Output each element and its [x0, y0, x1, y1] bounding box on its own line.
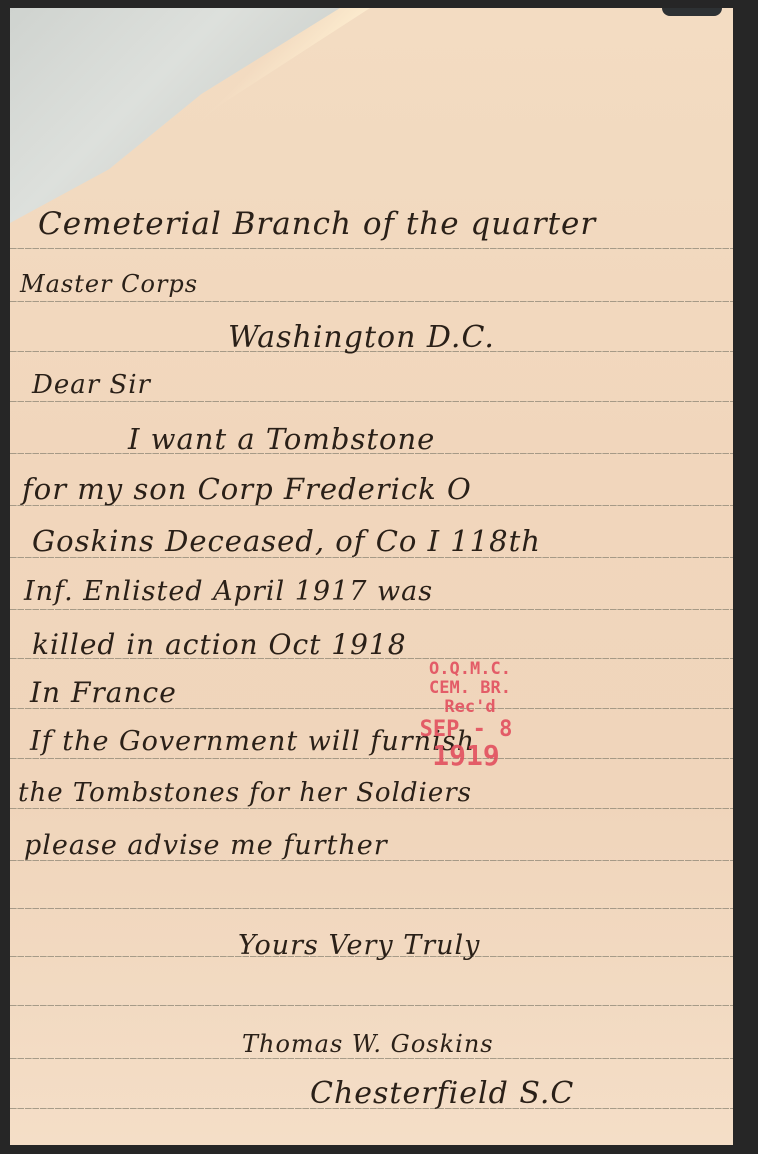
ruled-line: [10, 758, 733, 759]
body-line: Inf. Enlisted April 1917 was: [24, 576, 433, 607]
address-line-3: Washington D.C.: [228, 320, 495, 355]
body-line: In France: [30, 676, 177, 709]
letter-page: Cemeterial Branch of the quarter Master …: [10, 8, 733, 1145]
ruled-line: [10, 248, 733, 249]
binder-clip: [662, 8, 722, 16]
received-stamp: O.Q.M.C. CEM. BR. Rec'd SEP - 8 1919: [400, 660, 540, 772]
ruled-line: [10, 1005, 733, 1006]
body-line: killed in action Oct 1918: [32, 628, 407, 661]
ruled-line: [10, 301, 733, 302]
ruled-line: [10, 1058, 733, 1059]
stamp-date: SEP - 8 1919: [392, 717, 540, 772]
salutation: Dear Sir: [32, 370, 151, 400]
stamp-date-year: 1919: [432, 739, 499, 772]
stamp-branch: CEM. BR.: [400, 679, 540, 698]
address-line-1: Cemeterial Branch of the quarter: [38, 206, 596, 242]
closing: Yours Very Truly: [238, 930, 480, 961]
ruled-line: [10, 401, 733, 402]
ruled-line: [10, 808, 733, 809]
body-line: for my son Corp Frederick O: [22, 472, 472, 506]
body-line: the Tombstones for her Soldiers: [18, 778, 472, 808]
location: Chesterfield S.C: [310, 1076, 574, 1111]
stamp-received: Rec'd: [400, 698, 540, 717]
body-line: please advise me further: [24, 830, 388, 861]
ruled-line: [10, 609, 733, 610]
body-line: Goskins Deceased, of Co I 118th: [32, 524, 541, 558]
body-line: I want a Tombstone: [128, 422, 435, 456]
address-line-2: Master Corps: [20, 270, 198, 298]
signature: Thomas W. Goskins: [242, 1030, 494, 1058]
ruled-line: [10, 908, 733, 909]
stamp-office: O.Q.M.C.: [400, 660, 540, 679]
